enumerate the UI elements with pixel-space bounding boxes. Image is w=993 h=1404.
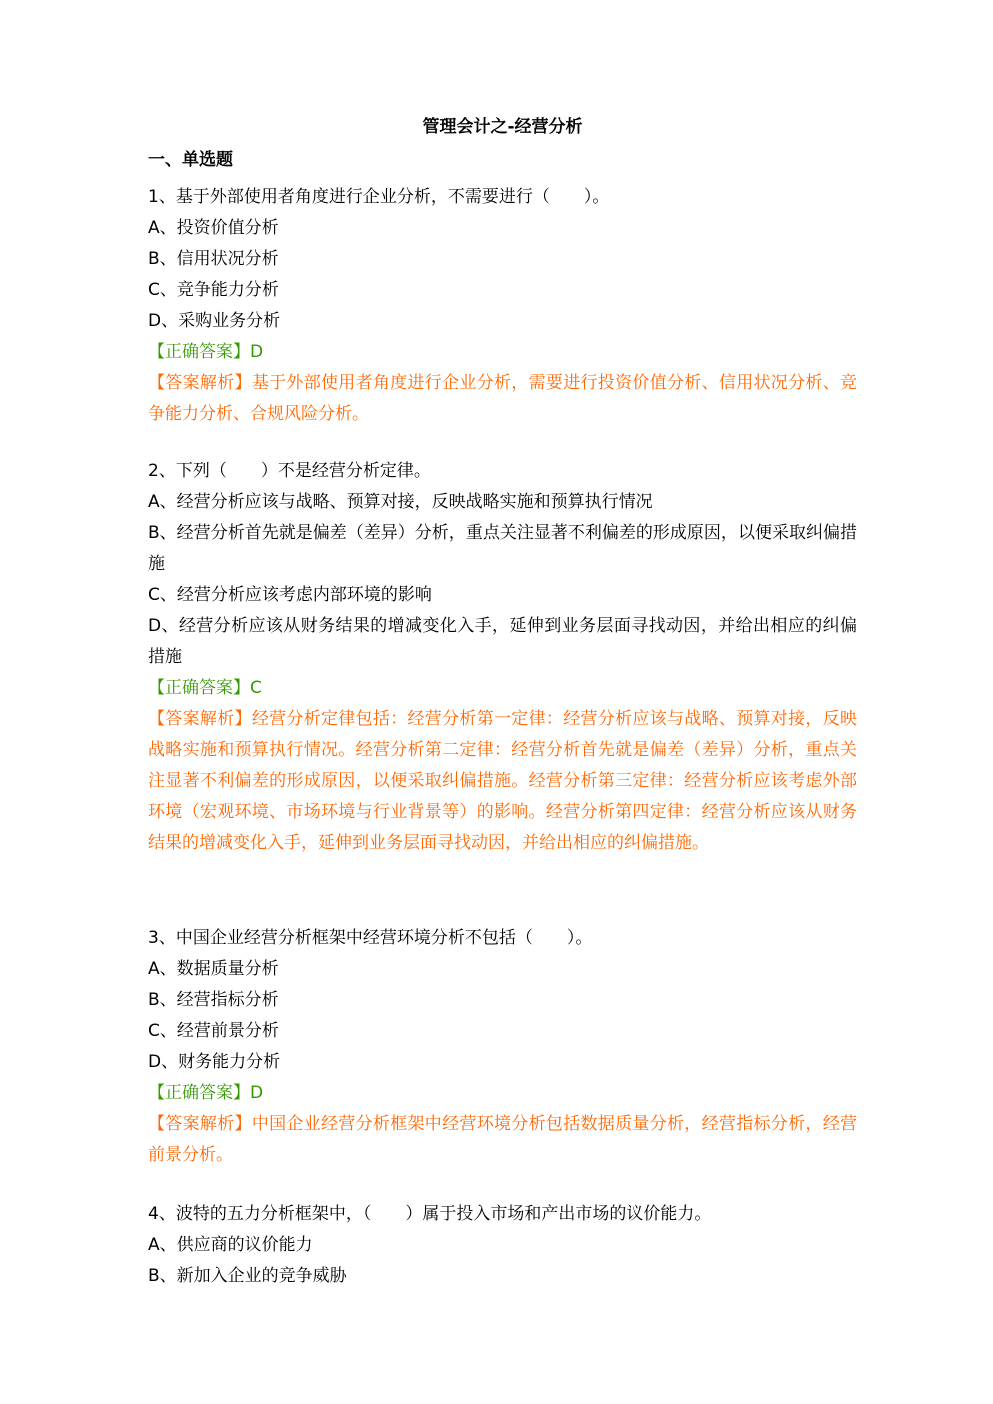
page-title: 管理会计之-经营分析 (148, 112, 857, 143)
option-d: D、经营分析应该从财务结果的增减变化入手，延伸到业务层面寻找动因，并给出相应的纠… (148, 611, 857, 673)
correct-answer-label: 【正确答案】 (148, 342, 250, 362)
explanation-line: 【答案解析】基于外部使用者角度进行企业分析，需要进行投资价值分析、信用状况分析、… (148, 368, 857, 430)
explanation-text: 基于外部使用者角度进行企业分析，需要进行投资价值分析、信用状况分析、竞争能力分析… (148, 373, 857, 424)
explanation-line: 【答案解析】中国企业经营分析框架中经营环境分析包括数据质量分析，经营指标分析，经… (148, 1109, 857, 1171)
question-2: 2、下列（ ）不是经营分析定律。 A、经营分析应该与战略、预算对接，反映战略实施… (148, 456, 857, 859)
option-d: D、采购业务分析 (148, 306, 857, 337)
option-b: B、经营分析首先就是偏差（差异）分析，重点关注显著不利偏差的形成原因，以便采取纠… (148, 518, 857, 580)
option-c: C、竞争能力分析 (148, 275, 857, 306)
correct-answer-value: D (250, 1083, 263, 1103)
option-d: D、财务能力分析 (148, 1047, 857, 1078)
correct-answer-label: 【正确答案】 (148, 678, 250, 698)
explanation-label: 【答案解析】 (148, 373, 252, 393)
option-a: A、经营分析应该与战略、预算对接，反映战略实施和预算执行情况 (148, 487, 857, 518)
correct-answer-line: 【正确答案】C (148, 673, 857, 704)
option-c: C、经营分析应该考虑内部环境的影响 (148, 580, 857, 611)
question-1: 1、基于外部使用者角度进行企业分析，不需要进行（ ）。 A、投资价值分析 B、信… (148, 182, 857, 430)
question-stem: 2、下列（ ）不是经营分析定律。 (148, 456, 857, 487)
correct-answer-label: 【正确答案】 (148, 1083, 250, 1103)
correct-answer-value: C (250, 678, 262, 698)
document-page: 管理会计之-经营分析 一、单选题 1、基于外部使用者角度进行企业分析，不需要进行… (0, 0, 993, 1404)
explanation-text: 经营分析定律包括：经营分析第一定律：经营分析应该与战略、预算对接，反映战略实施和… (148, 709, 857, 853)
option-b: B、经营指标分析 (148, 985, 857, 1016)
option-c: C、经营前景分析 (148, 1016, 857, 1047)
option-b: B、新加入企业的竞争威胁 (148, 1261, 857, 1292)
correct-answer-line: 【正确答案】D (148, 1078, 857, 1109)
explanation-label: 【答案解析】 (148, 709, 252, 729)
explanation-line: 【答案解析】经营分析定律包括：经营分析第一定律：经营分析应该与战略、预算对接，反… (148, 704, 857, 859)
question-stem: 3、中国企业经营分析框架中经营环境分析不包括（ ）。 (148, 923, 857, 954)
option-a: A、数据质量分析 (148, 954, 857, 985)
question-stem: 1、基于外部使用者角度进行企业分析，不需要进行（ ）。 (148, 182, 857, 213)
option-a: A、投资价值分析 (148, 213, 857, 244)
option-a: A、供应商的议价能力 (148, 1230, 857, 1261)
explanation-text: 中国企业经营分析框架中经营环境分析包括数据质量分析，经营指标分析，经营前景分析。 (148, 1114, 857, 1165)
explanation-label: 【答案解析】 (148, 1114, 252, 1134)
section-heading: 一、单选题 (148, 145, 857, 176)
question-stem: 4、波特的五力分析框架中，（ ）属于投入市场和产出市场的议价能力。 (148, 1199, 857, 1230)
question-3: 3、中国企业经营分析框架中经营环境分析不包括（ ）。 A、数据质量分析 B、经营… (148, 923, 857, 1171)
option-b: B、信用状况分析 (148, 244, 857, 275)
correct-answer-line: 【正确答案】D (148, 337, 857, 368)
question-4: 4、波特的五力分析框架中，（ ）属于投入市场和产出市场的议价能力。 A、供应商的… (148, 1199, 857, 1292)
correct-answer-value: D (250, 342, 263, 362)
